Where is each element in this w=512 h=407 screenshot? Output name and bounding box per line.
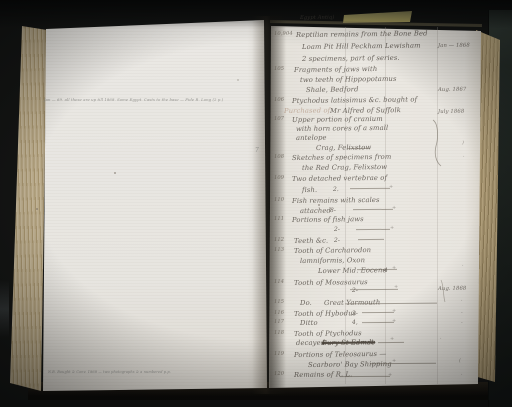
ink-bracket-marks [0,0,512,407]
ledger-book-photo: Egypt Antiq) Jan — 69. all these are up … [0,0,512,407]
